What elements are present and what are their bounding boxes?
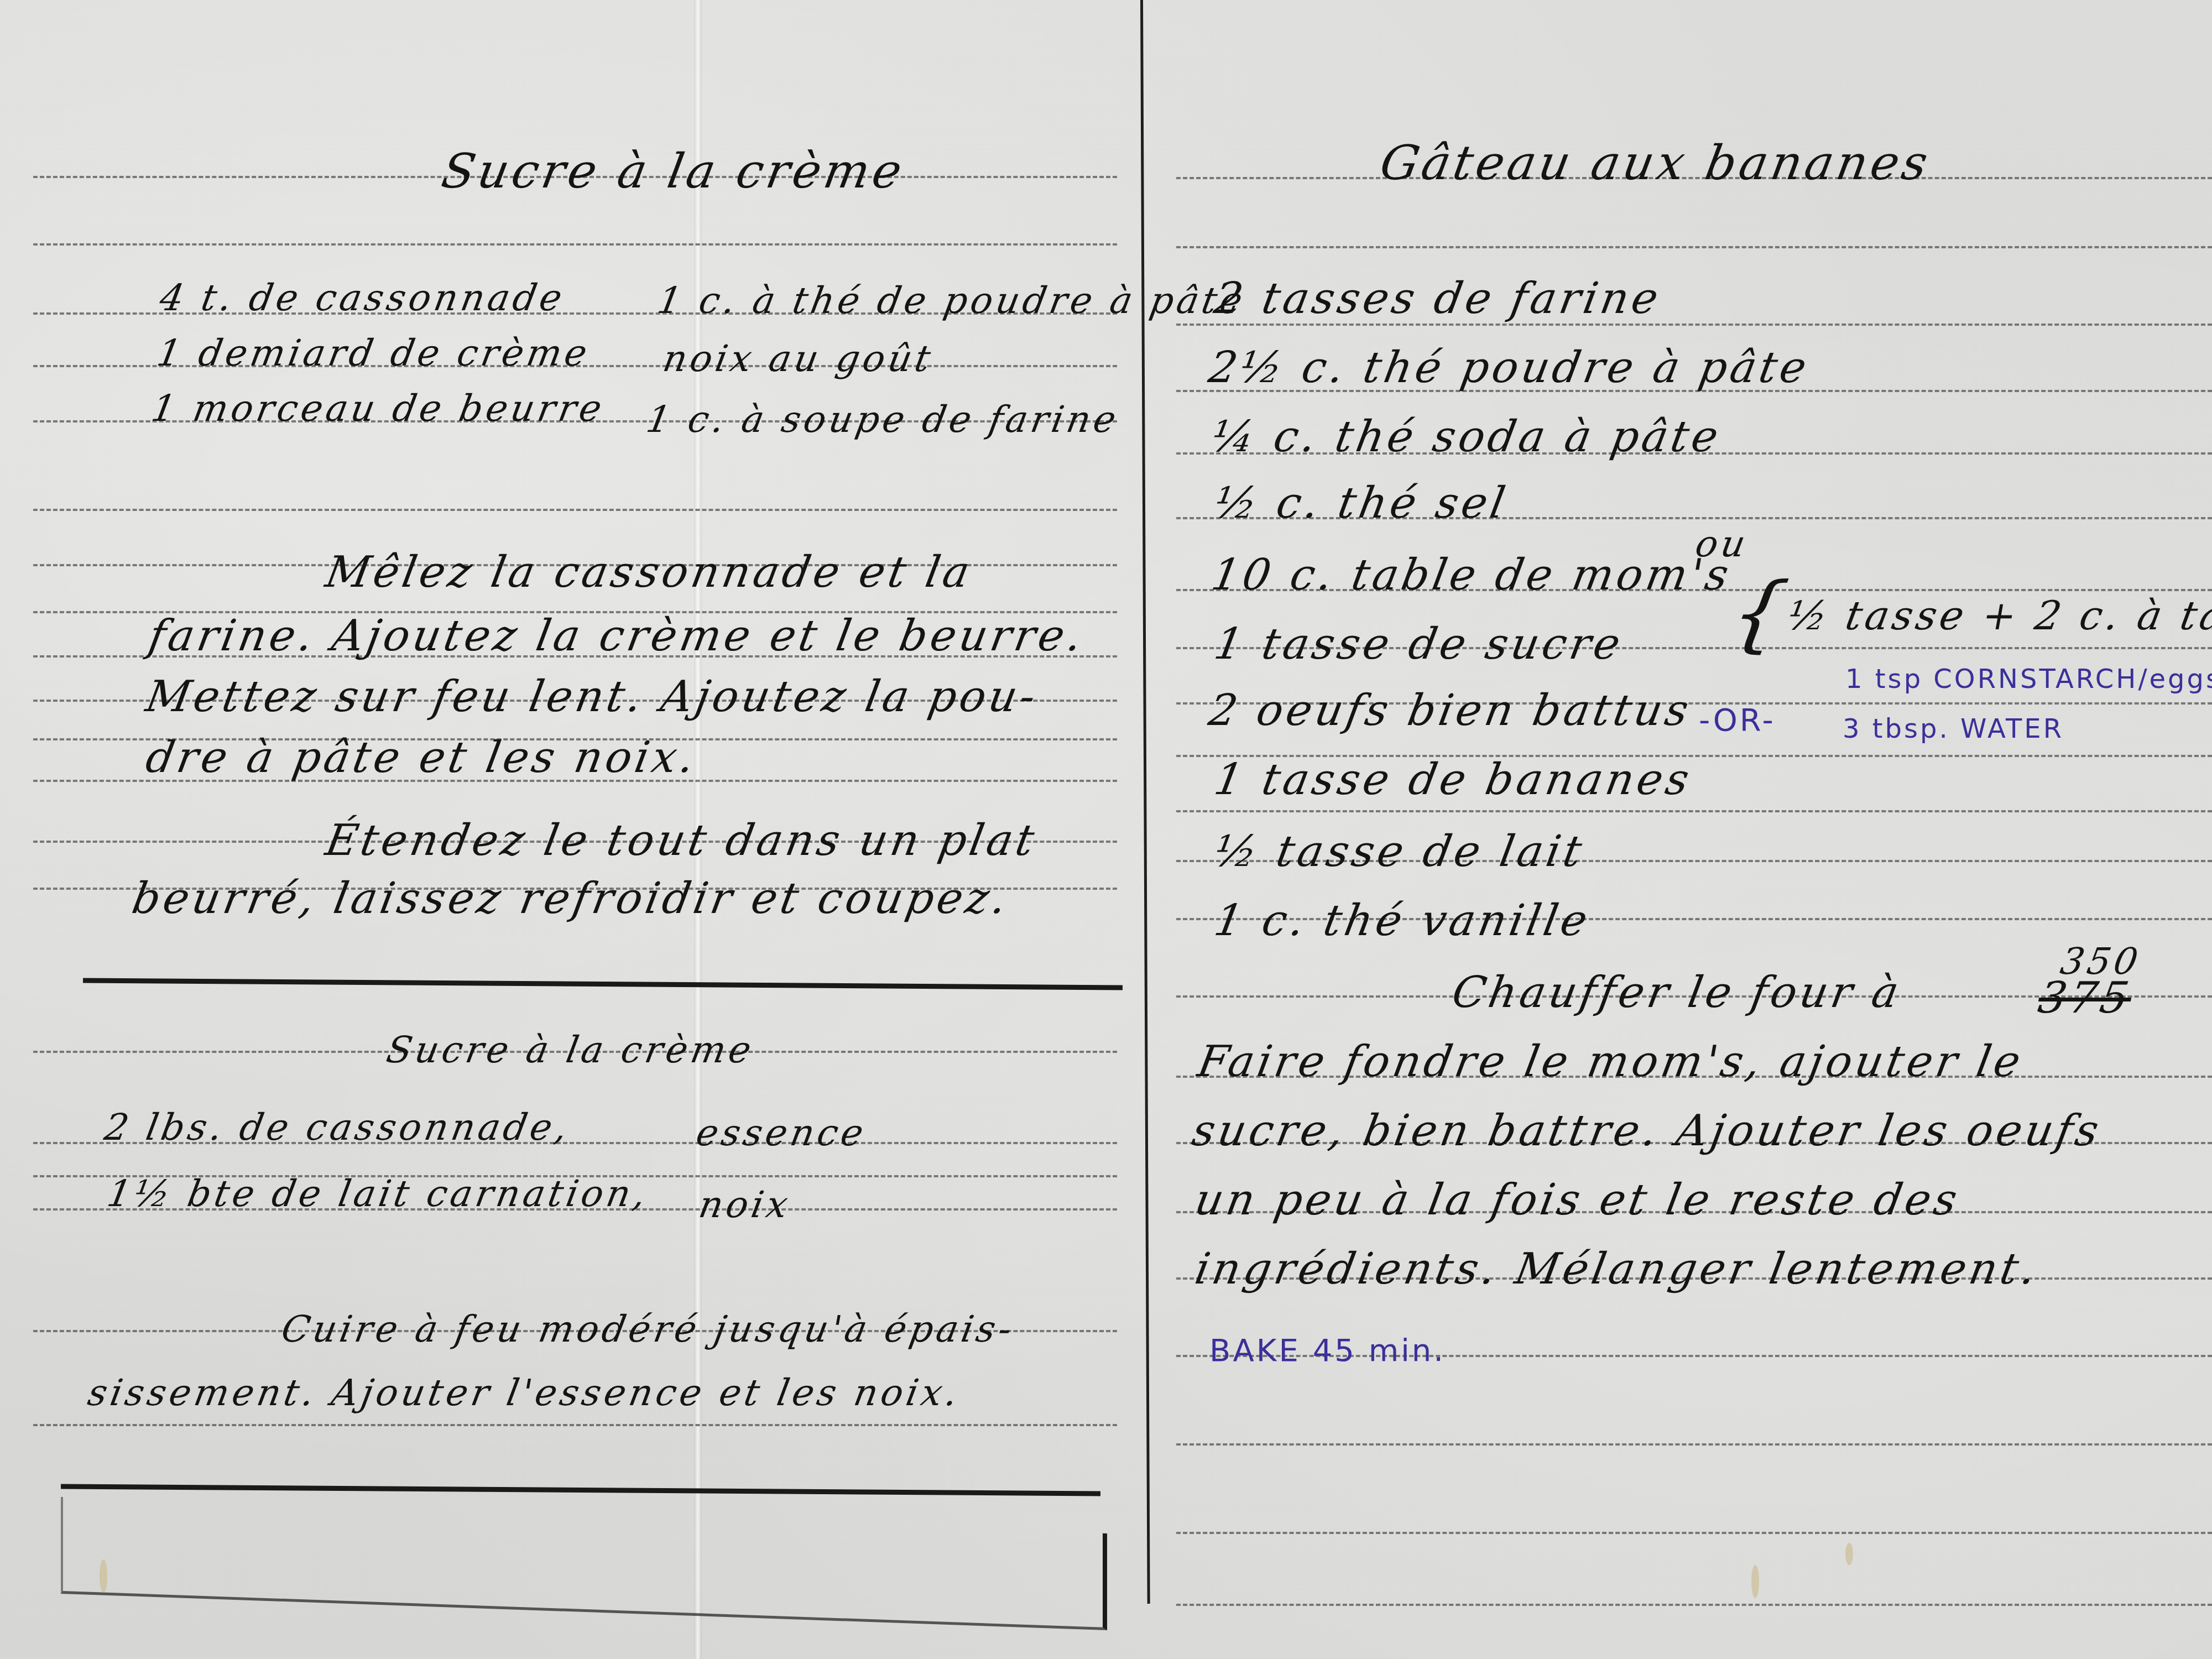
- paper-stain: [100, 1559, 107, 1593]
- section-divider: [83, 978, 1123, 990]
- ingredient: ¼ c. thé soda à pâte: [1208, 412, 1725, 462]
- left-page: Sucre à la crème 4 t. de cassonnade 1 de…: [0, 0, 1140, 1659]
- recipe-2-title: Sucre à la crème: [383, 1029, 758, 1071]
- ruled-line: [33, 243, 1117, 246]
- ruled-line: [33, 509, 1117, 511]
- ruled-line: [1176, 1443, 2212, 1446]
- instruction-line: farine. Ajoutez la crème et le beurre.: [145, 611, 1089, 661]
- recipe-3-title: Gâteau aux bananes: [1376, 135, 1935, 191]
- instruction-line: Mettez sur feu lent. Ajoutez la pou-: [142, 672, 1042, 722]
- instruction-line: sucre, bien battre. Ajouter les oeufs: [1188, 1106, 2106, 1156]
- oven-temp-crossed: 375: [2034, 973, 2136, 1023]
- egg-substitute-line-2: 3 tbsp. WATER: [1843, 713, 2064, 744]
- alt-mom-note: {½ tasse + 2 c. à table): [1726, 553, 2212, 649]
- egg-substitute-line-1: 1 tsp CORNSTARCH/eggs: [1845, 664, 2212, 695]
- egg-substitute-or: -OR-: [1699, 702, 1776, 738]
- empty-box-bottom: [61, 1497, 1107, 1630]
- instruction-line: dre à pâte et les noix.: [142, 733, 701, 782]
- bake-time-note: BAKE 45 min.: [1209, 1333, 1446, 1369]
- ruled-line: [1176, 324, 2212, 326]
- ingredient: 1 c. à soupe de farine: [643, 398, 1122, 441]
- ingredient: 1 tasse de sucre: [1211, 619, 1627, 669]
- recipe-1-title: Sucre à la crème: [437, 144, 909, 199]
- instruction-line: beurré, laissez refroidir et coupez.: [128, 874, 1014, 924]
- ingredient: ½ tasse de lait: [1211, 827, 1589, 877]
- ingredient: 1 demiard de crème: [154, 332, 593, 374]
- ingredient: noix: [696, 1183, 794, 1226]
- right-page: Gâteau aux bananes 2 tasses de farine 2½…: [1143, 0, 2212, 1659]
- instruction-line: un peu à la fois et le reste des: [1191, 1175, 1964, 1225]
- ingredient: ½ c. thé sel: [1211, 478, 1512, 528]
- section-divider: [61, 1484, 1100, 1496]
- ingredient: 1½ bte de lait carnation,: [104, 1172, 652, 1215]
- ingredient: 2 lbs. de cassonnade,: [101, 1106, 573, 1149]
- ruled-line: [33, 1424, 1117, 1426]
- alt-mom-text: ½ tasse + 2 c. à table: [1784, 592, 2212, 639]
- ingredient: essence: [693, 1112, 870, 1154]
- instruction-line: sissement. Ajouter l'essence et les noix…: [85, 1371, 964, 1414]
- oven-instruction: Chauffer le four à: [1448, 968, 1906, 1018]
- instruction-line: Mêlez la cassonnade et la: [322, 547, 977, 597]
- ruled-line: [1176, 1532, 2212, 1534]
- ruled-line: [1176, 810, 2212, 812]
- ingredient: 2 tasses de farine: [1211, 274, 1665, 324]
- ingredient: 10 c. table de mom's: [1208, 550, 1735, 600]
- instruction-line: Étendez le tout dans un plat: [322, 816, 1041, 865]
- ruled-line: [1176, 246, 2212, 248]
- ruled-line: [1176, 1604, 2212, 1606]
- instruction-line: ingrédients. Mélanger lentement.: [1191, 1244, 2043, 1294]
- paper-stain: [1751, 1565, 1759, 1598]
- ingredient: noix au goût: [660, 337, 937, 380]
- paper-stain: [1845, 1543, 1853, 1565]
- ingredient: 4 t. de cassonnade: [156, 276, 568, 319]
- ingredient: 2 oeufs bien battus: [1205, 686, 1695, 735]
- ingredient: 1 tasse de bananes: [1211, 755, 1696, 805]
- instruction-line: Cuire à feu modéré jusqu'à épais-: [278, 1308, 1018, 1350]
- instruction-line: Faire fondre le mom's, ajouter le: [1194, 1037, 2027, 1087]
- ingredient: 2½ c. thé poudre à pâte: [1205, 343, 1813, 393]
- ingredient: 1 morceau de beurre: [148, 387, 608, 430]
- ingredient: 1 c. thé vanille: [1211, 896, 1594, 946]
